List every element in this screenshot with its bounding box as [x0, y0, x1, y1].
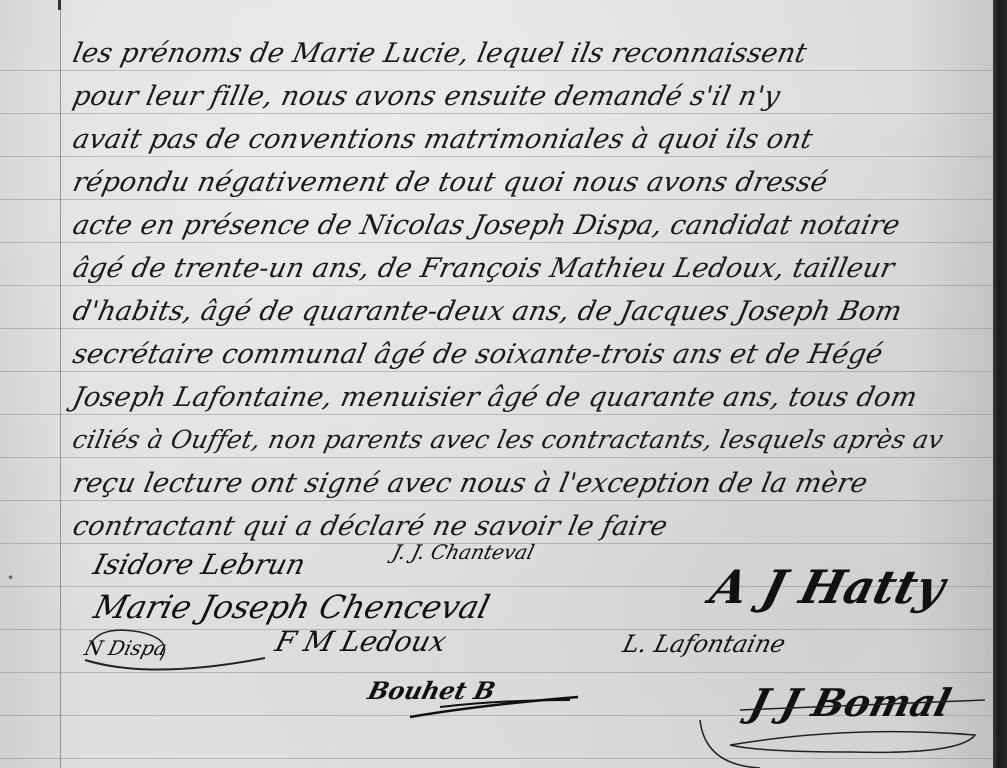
margin-line — [60, 0, 61, 768]
signature-bouhet: Bouhet B — [365, 676, 498, 705]
body-line-10: ciliés à Ouffet, non parents avec les co… — [70, 425, 946, 454]
body-line-3: avait pas de conventions matrimoniales à… — [70, 124, 815, 155]
margin-mark: * — [8, 574, 13, 585]
ruled-line — [0, 672, 993, 673]
ruled-line — [0, 199, 993, 200]
page-binding-edge — [993, 0, 1007, 768]
signature-l-lafontaine: L. Lafontaine — [620, 630, 789, 658]
body-line-9: Joseph Lafontaine, menuisier âgé de quar… — [70, 382, 920, 413]
body-line-2: pour leur fille, nous avons ensuite dema… — [70, 81, 783, 112]
ruled-line — [0, 70, 993, 71]
body-line-5: acte en présence de Nicolas Joseph Dispa… — [70, 210, 903, 241]
ruled-line — [0, 414, 993, 415]
ruled-line — [0, 371, 993, 372]
body-line-8: secrétaire communal âgé de soixante-troi… — [70, 339, 886, 370]
body-line-1: les prénoms de Marie Lucie, lequel ils r… — [70, 38, 810, 69]
signature-n-dispa: N Dispa — [82, 636, 169, 660]
ruled-line — [0, 285, 993, 286]
signature-isidore-lebrun: Isidore Lebrun — [90, 548, 309, 581]
body-line-6: âgé de trente-un ans, de François Mathie… — [70, 253, 897, 284]
ruled-line — [0, 629, 993, 630]
body-line-11: reçu lecture ont signé avec nous à l'exc… — [70, 468, 870, 499]
signature-marie-joseph-chenceval: Marie Joseph Chenceval — [90, 588, 494, 626]
ruled-line — [0, 758, 993, 759]
registry-page: * les prénoms de Marie Lucie, lequel ils… — [0, 0, 1007, 768]
body-line-7: d'habits, âgé de quarante-deux ans, de J… — [70, 296, 905, 327]
ruled-line — [0, 156, 993, 157]
signature-fm-ledoux: F M Ledoux — [272, 625, 450, 658]
signature-aj-hatty: A J Hatty — [705, 560, 950, 614]
ruled-line — [0, 113, 993, 114]
body-line-4: répondu négativement de tout quoi nous a… — [70, 167, 830, 198]
margin-tick — [58, 0, 61, 10]
ruled-line — [0, 242, 993, 243]
signature-jj-chanteval: J. J. Chanteval — [390, 540, 537, 564]
ruled-line — [0, 500, 993, 501]
body-line-12: contractant qui a déclaré ne savoir le f… — [70, 511, 670, 542]
signature-jj-bomal: J J Bomal — [745, 680, 955, 725]
ruled-line — [0, 457, 993, 458]
ruled-line — [0, 328, 993, 329]
